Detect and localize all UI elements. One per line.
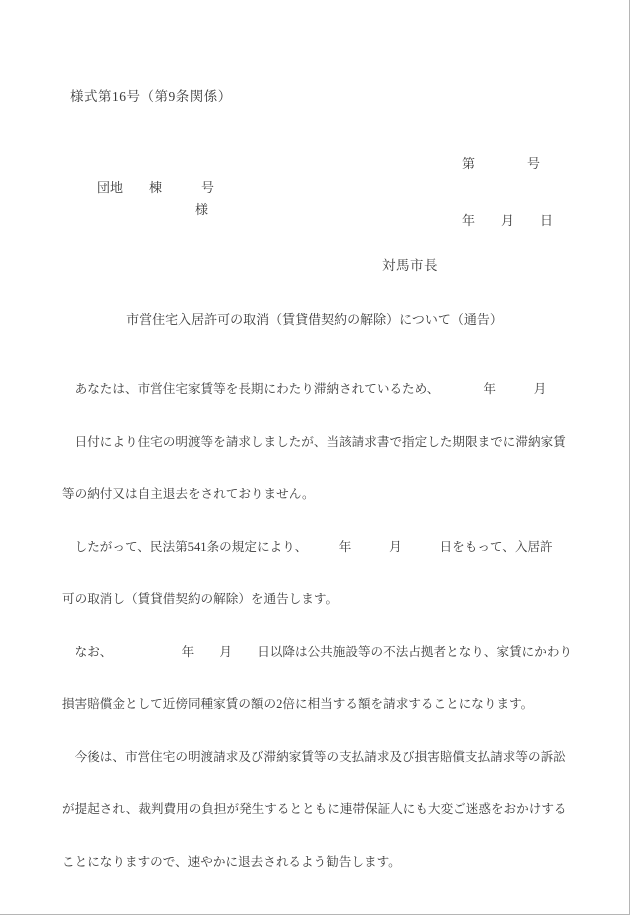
form-number: 様式第16号（第9条関係）: [70, 85, 232, 105]
body-line: なお、 年 月 日以降は公共施設等の不法占拠者となり、家賃にかわり: [62, 644, 574, 662]
document-date-line: 年 月 日: [462, 211, 553, 230]
body-line: 日付により住宅の明渡等を請求しましたが、当該請求書で指定した期限までに滞納家賃: [62, 434, 574, 452]
body-line: 今後は、市営住宅の明渡請求及び滞納家賃等の支払請求及び損害賠償支払請求等の訴訟: [62, 749, 574, 767]
body-line: あなたは、市営住宅家賃等を長期にわたり滞納されているため、 年 月: [62, 381, 574, 399]
body-line: 損害賠償金として近傍同種家賃の額の2倍に相当する額を請求することになります。: [62, 696, 574, 714]
body-line: が提起され、裁判費用の負担が発生するとともに連帯保証人にも大変ご迷惑をおかけする: [62, 801, 574, 819]
document-number-line: 第 号: [462, 154, 553, 173]
body-line: 可の取消し（賃貸借契約の解除）を通告します。: [62, 591, 574, 609]
body-line: したがって、民法第541条の規定により、 年 月 日をもって、入居許: [62, 539, 574, 557]
document-title: 市営住宅入居許可の取消（賃貸借契約の解除）について（通告）: [0, 309, 629, 328]
addressee-unit-line: 団地 棟 号: [97, 177, 214, 196]
body-line: ことになりますので、速やかに退去されるよう勧告します。: [62, 854, 574, 872]
sender-mayor: 対馬市長: [382, 254, 438, 274]
issue-block: 第 号 年 月 日: [462, 116, 553, 268]
body-line: 等の納付又は自主退去をされておりません。: [62, 486, 574, 504]
body-paragraphs: あなたは、市営住宅家賃等を長期にわたり滞納されているため、 年 月 日付により住…: [62, 346, 574, 906]
document-page: 様式第16号（第9条関係） 第 号 年 月 日 団地 棟 号 様 対馬市長 市営…: [0, 0, 630, 915]
addressee-honorific: 様: [195, 199, 208, 218]
